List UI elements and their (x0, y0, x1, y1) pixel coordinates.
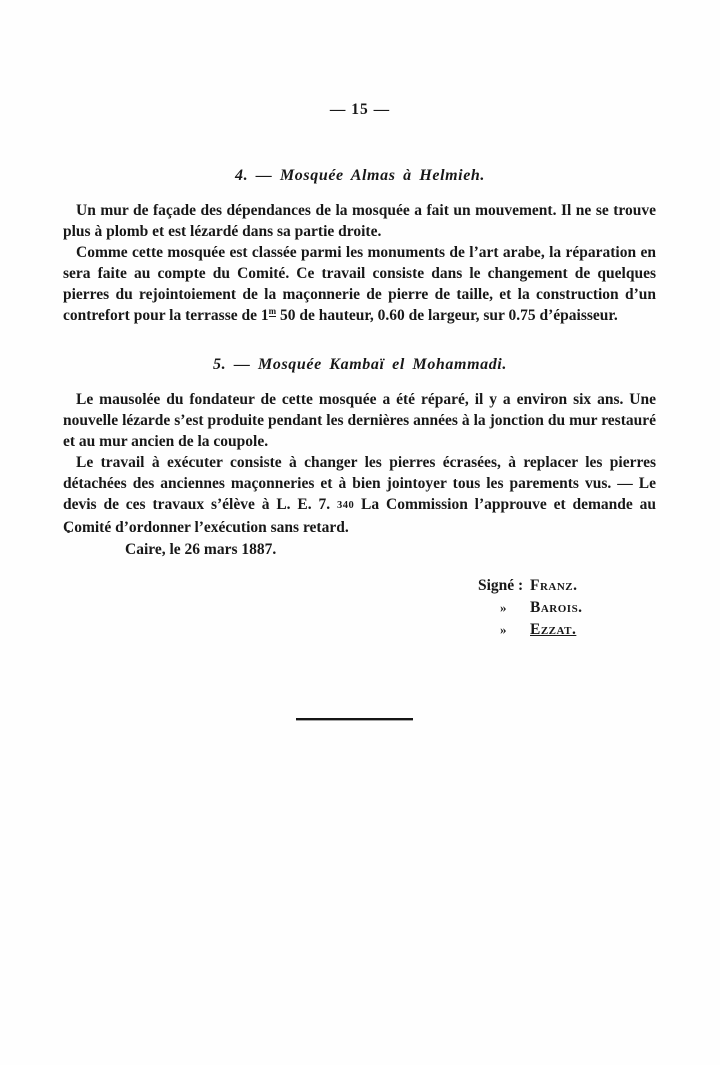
signature-name-franz: Franz. (530, 577, 578, 595)
page-number: — 15 — (0, 101, 720, 119)
ditto-mark: » (478, 600, 530, 616)
section-5-paragraph-2: Le travail à exécuter consiste à changer… (63, 452, 656, 538)
section-5-paragraph-1: Le mausolée du fondateur de cette mosqué… (63, 389, 656, 452)
metric-superscript: m (269, 306, 277, 317)
dateline: Caire, le 26 mars 1887. (125, 541, 276, 559)
ditto-mark: » (478, 622, 530, 638)
section-4-body: Un mur de façade des dépendances de la m… (63, 200, 656, 326)
end-divider-rule (296, 718, 413, 720)
scanned-document-page: — 15 — 4. — Mosquée Almas à Helmieh. Un … (0, 0, 720, 1065)
signature-block: Signé : Franz. » Barois. » Ezzat. (478, 577, 583, 643)
signed-label: Signé : (478, 577, 530, 595)
section-4-paragraph-1: Un mur de façade des dépendances de la m… (63, 200, 656, 242)
milliemes-amount: 340 (337, 500, 354, 511)
signature-name-barois: Barois. (530, 599, 583, 617)
ink-speck-artifact (67, 530, 70, 533)
signature-row: Signé : Franz. (478, 577, 583, 599)
section-4-paragraph-2-text-end: 50 de hauteur, 0.60 de largeur, sur 0.75… (276, 307, 618, 324)
signature-row: » Ezzat. (478, 621, 583, 643)
section-5-body: Le mausolée du fondateur de cette mosqué… (63, 389, 656, 538)
section-4-paragraph-2: Comme cette mosquée est classée parmi le… (63, 242, 656, 326)
section-4-heading: 4. — Mosquée Almas à Helmieh. (0, 167, 720, 185)
section-5-heading: 5. — Mosquée Kambaï el Mohammadi. (0, 356, 720, 374)
signature-row: » Barois. (478, 599, 583, 621)
signature-name-ezzat: Ezzat. (530, 621, 576, 639)
